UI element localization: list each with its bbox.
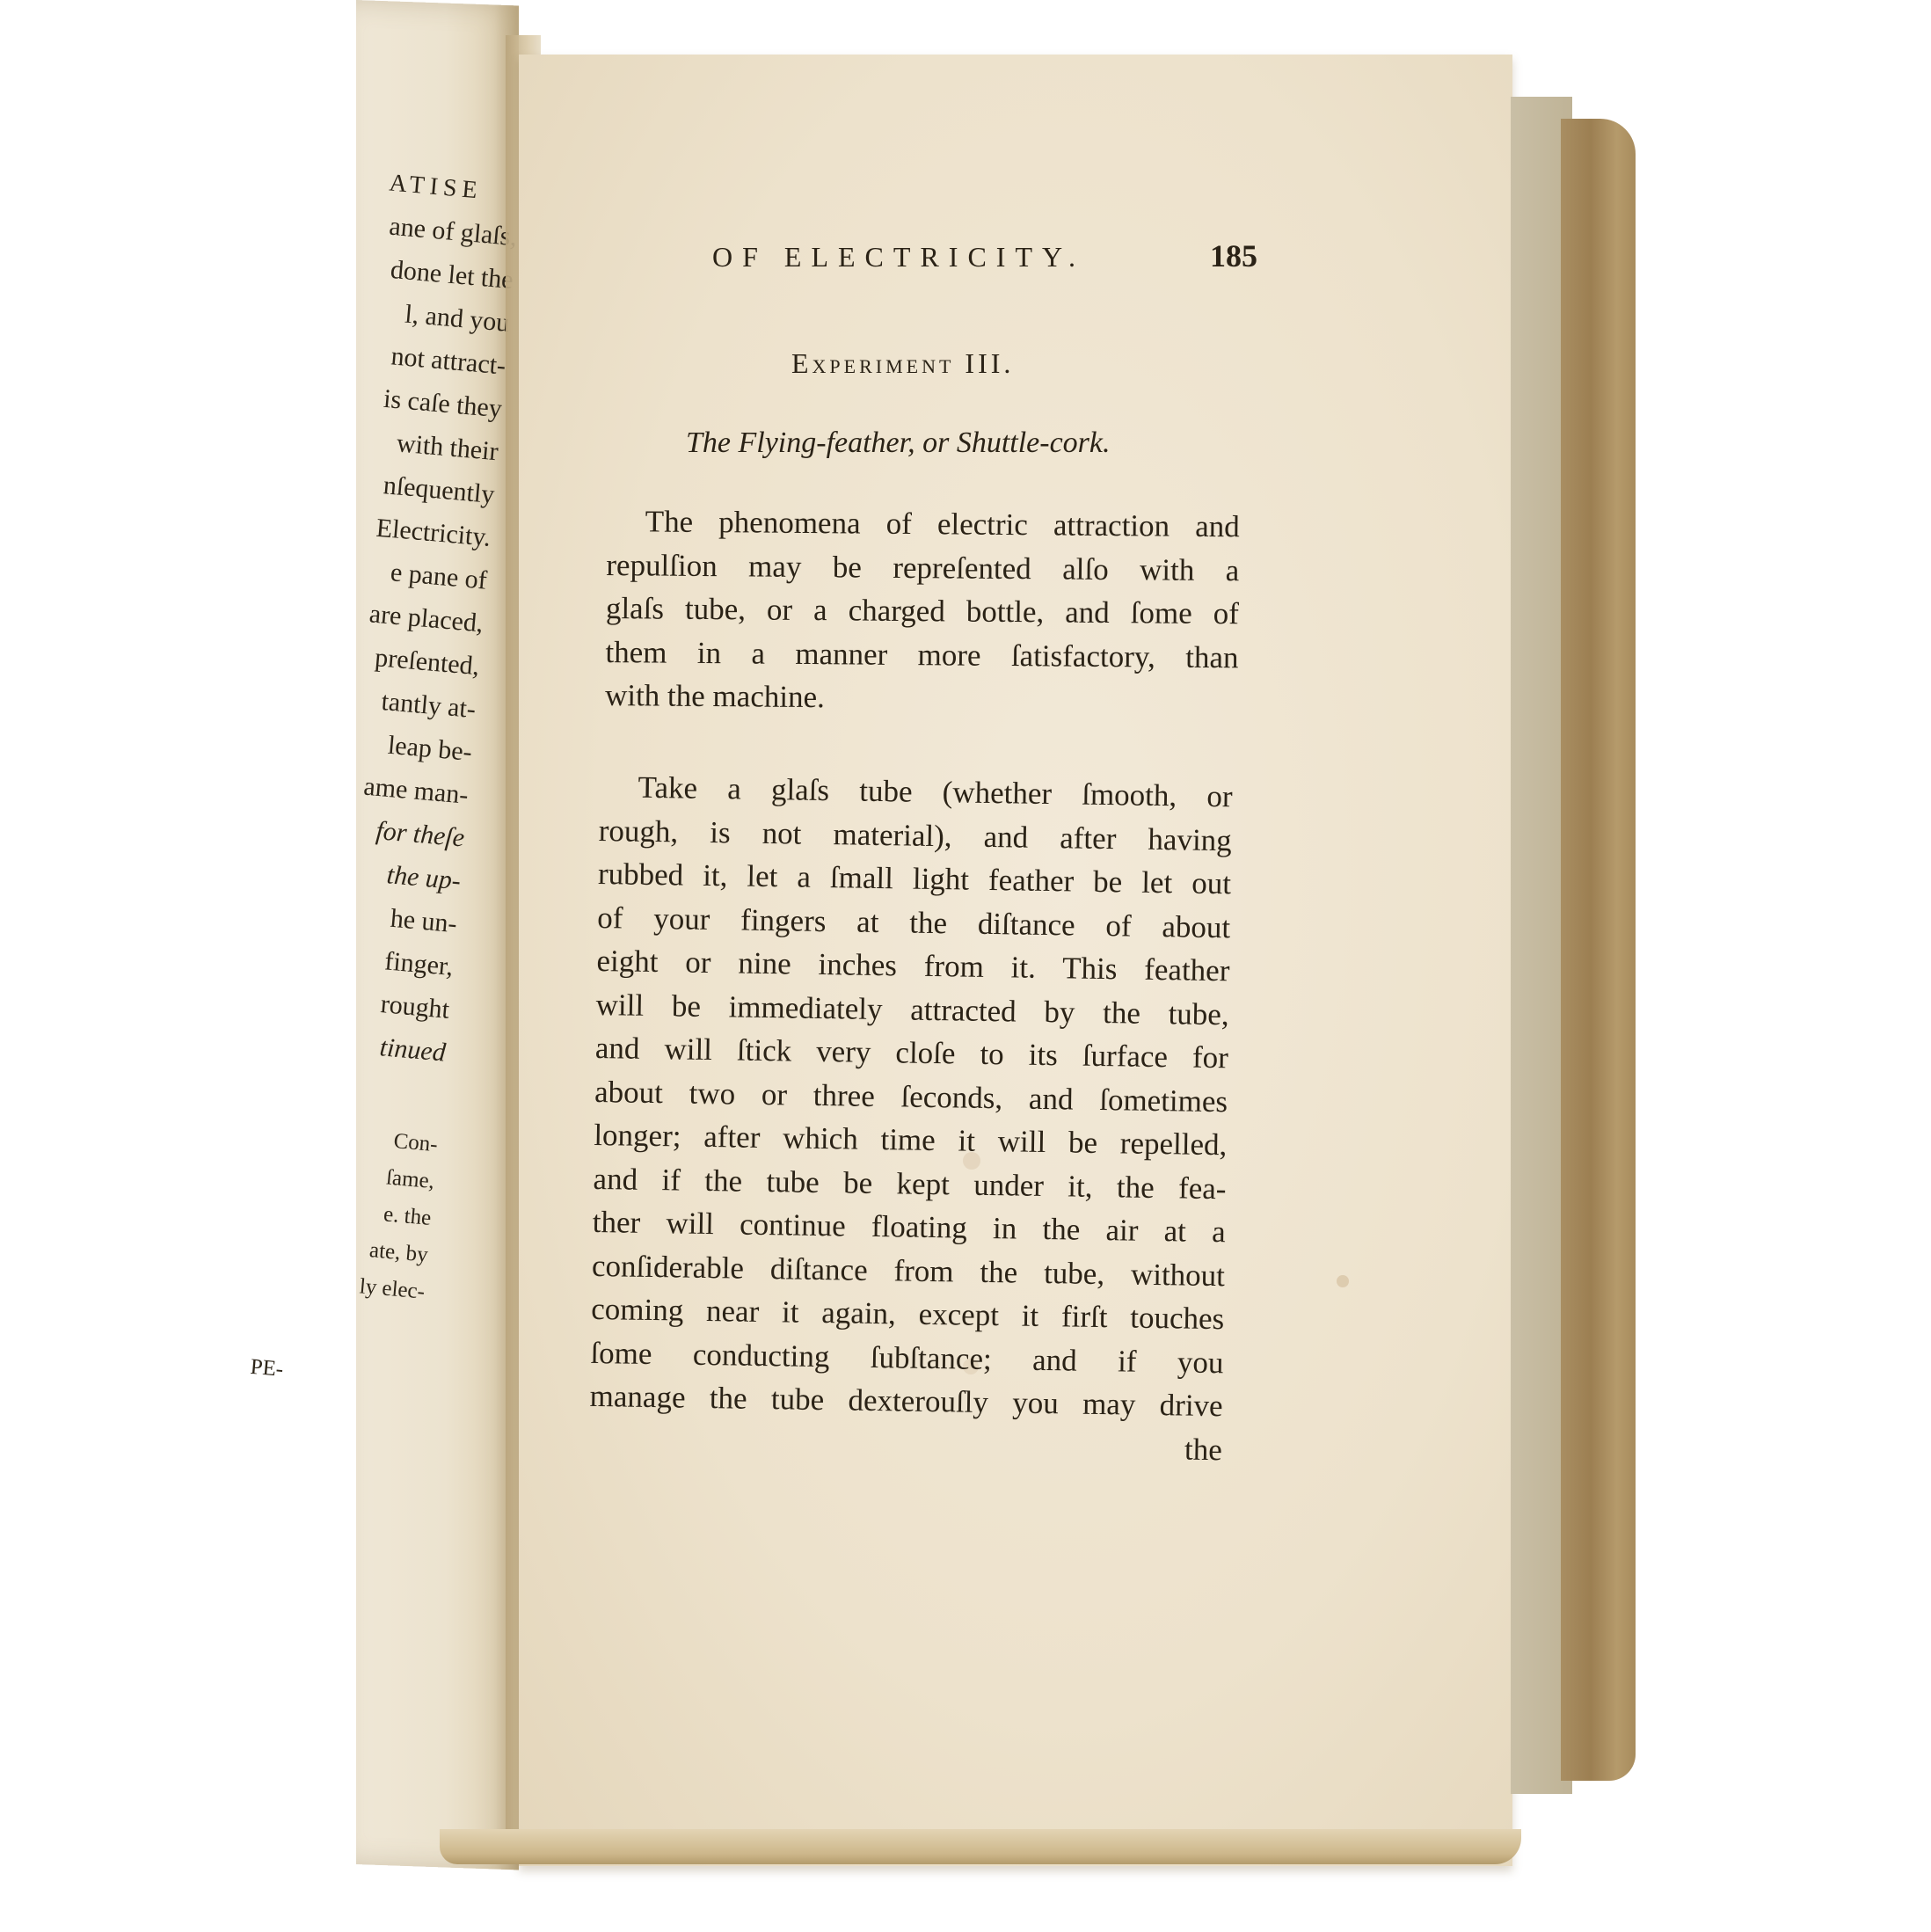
page-bottom-edge — [440, 1829, 1521, 1864]
page-number: 185 — [1210, 237, 1257, 274]
running-head: OF ELECTRICITY. 185 — [712, 237, 1257, 281]
paragraph-1: The phenomena of electric attraction and… — [605, 499, 1240, 723]
paragraph-2: Take a glaſs tube (whether ſmooth, orrou… — [589, 765, 1233, 1471]
foxing-spot — [1337, 1275, 1349, 1287]
fore-edge-outer — [1561, 119, 1636, 1781]
section-heading: Experiment III. — [791, 347, 1014, 380]
section-subtitle: The Flying-feather, or Shuttle-cork. — [686, 426, 1111, 460]
text-line: with the machine. — [605, 674, 1238, 723]
running-title: OF ELECTRICITY. — [712, 241, 1085, 273]
text-line: The phenomena of electric attraction and — [607, 499, 1240, 549]
text-line: glaſs tube, or a charged bottle, and ſom… — [606, 587, 1239, 636]
text-line: repulſion may be repreſented alſo with a — [606, 543, 1239, 592]
text-line: them in a manner more ſatisfactory, than — [605, 630, 1238, 679]
